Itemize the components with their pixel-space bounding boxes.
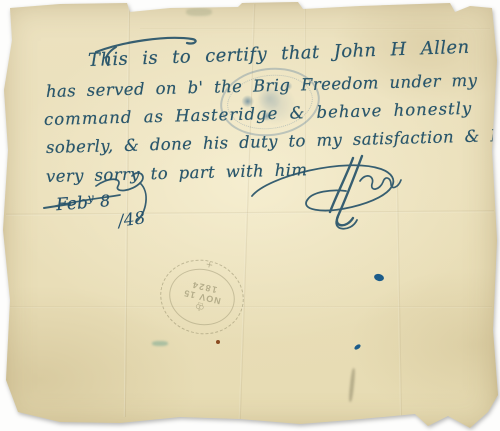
photo-background: ♔ NOV 15 1824 + This is to certify that … xyxy=(0,0,500,431)
document-paper: ♔ NOV 15 1824 + This is to certify that … xyxy=(0,0,500,431)
paper-surface: ♔ NOV 15 1824 + This is to certify that … xyxy=(0,0,500,431)
edge-vignette xyxy=(0,0,500,431)
